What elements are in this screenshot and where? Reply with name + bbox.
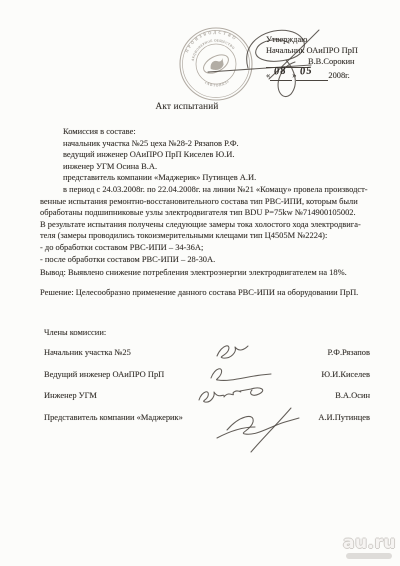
body-line: представитель компании «Маджерик» Путинц…: [40, 172, 382, 184]
member-name: Ю.И.Киселев: [321, 369, 370, 379]
scanned-document-page: ПРОИЗВОДСТВО АКЦИОНЕРНОЕ ОБЩЕСТВО «АВТОВ…: [0, 0, 400, 566]
approval-block: Утверждаю Начальник ОАиПРО ПрП В.В.Сорок…: [266, 34, 370, 81]
member-position: Инженер УГМ: [44, 390, 97, 400]
member-name: А.И.Путинцев: [318, 412, 370, 422]
body-line: В результате испытания получены следующи…: [40, 219, 382, 231]
date-year: 2008г.: [328, 70, 349, 81]
member-position: Начальник участка №25: [44, 347, 131, 357]
member-row: Представитель компании «Маджерик» А.И.Пу…: [44, 412, 370, 434]
conclusion-line: Вывод: Выявлено снижение потребления эле…: [40, 267, 382, 277]
body-line: в период с 24.03.2008г. по 22.04.2008г. …: [40, 184, 382, 196]
body-line: ведущий инженер ОАиПРО ПрП Киселев Ю.И.: [40, 149, 382, 161]
body-line: обработаны подшипниковые узлы электродви…: [40, 207, 382, 219]
body-line: - до обработки составом РВС-ИПИ – 34-36А…: [40, 242, 382, 254]
member-row: Ведущий инженер ОАиПРО ПрП Ю.И.Киселев: [44, 369, 370, 391]
body-line: венные испытания ремонтно-восстановитель…: [40, 196, 382, 208]
approver-name: В.В.Сорокин: [308, 56, 355, 67]
stamp-inner-text-top: АКЦИОНЕРНОЕ ОБЩЕСТВО: [191, 38, 236, 61]
date-month-blank: 05: [296, 72, 328, 81]
watermark-text: au.ru: [343, 536, 396, 551]
member-row: Инженер УГМ В.А.Осин: [44, 390, 370, 412]
body-line: теля (замеры проводились токоизмерительн…: [40, 230, 382, 242]
approval-label: Утверждаю: [266, 34, 370, 45]
body-line: Комиссия в составе:: [40, 126, 382, 138]
handwritten-day: 08: [274, 65, 287, 77]
members-heading: Члены комиссии:: [44, 327, 106, 337]
stamp-center-logo: [201, 51, 232, 77]
stamp-inner-text-bottom: «АВТОВАЗ»: [204, 79, 230, 87]
watermark-tagline-bar: [346, 553, 392, 559]
decision-line: Решение: Целесообразно применение данног…: [40, 287, 382, 297]
member-row: Начальник участка №25 Р.Ф.Рязапов: [44, 347, 370, 369]
member-position: Представитель компании «Маджерик»: [44, 412, 183, 422]
document-title: Акт испытаний: [0, 101, 374, 111]
approver-position: Начальник ОАиПРО ПрП: [266, 45, 370, 56]
member-name: Р.Ф.Рязапов: [328, 347, 370, 357]
round-stamp: ПРОИЗВОДСТВО АКЦИОНЕРНОЕ ОБЩЕСТВО «АВТОВ…: [176, 24, 256, 104]
date-day-blank: 08: [270, 72, 292, 81]
member-name: В.А.Осин: [335, 390, 370, 400]
members-list: Начальник участка №25 Р.Ф.Рязапов Ведущи…: [44, 347, 370, 433]
body-line: - после обработки составом РВС-ИПИ – 28-…: [40, 254, 382, 266]
watermark: au.ru: [343, 536, 396, 559]
handwritten-month: 05: [300, 65, 313, 77]
document-body: Комиссия в составе: начальник участка №2…: [40, 126, 382, 265]
body-line: начальник участка №25 цеха №28-2 Рязапов…: [40, 138, 382, 150]
approval-date-line: « 08 » 05 2008г.: [266, 70, 370, 81]
member-position: Ведущий инженер ОАиПРО ПрП: [44, 369, 164, 379]
body-line: инженер УГМ Осина В.А.: [40, 161, 382, 173]
